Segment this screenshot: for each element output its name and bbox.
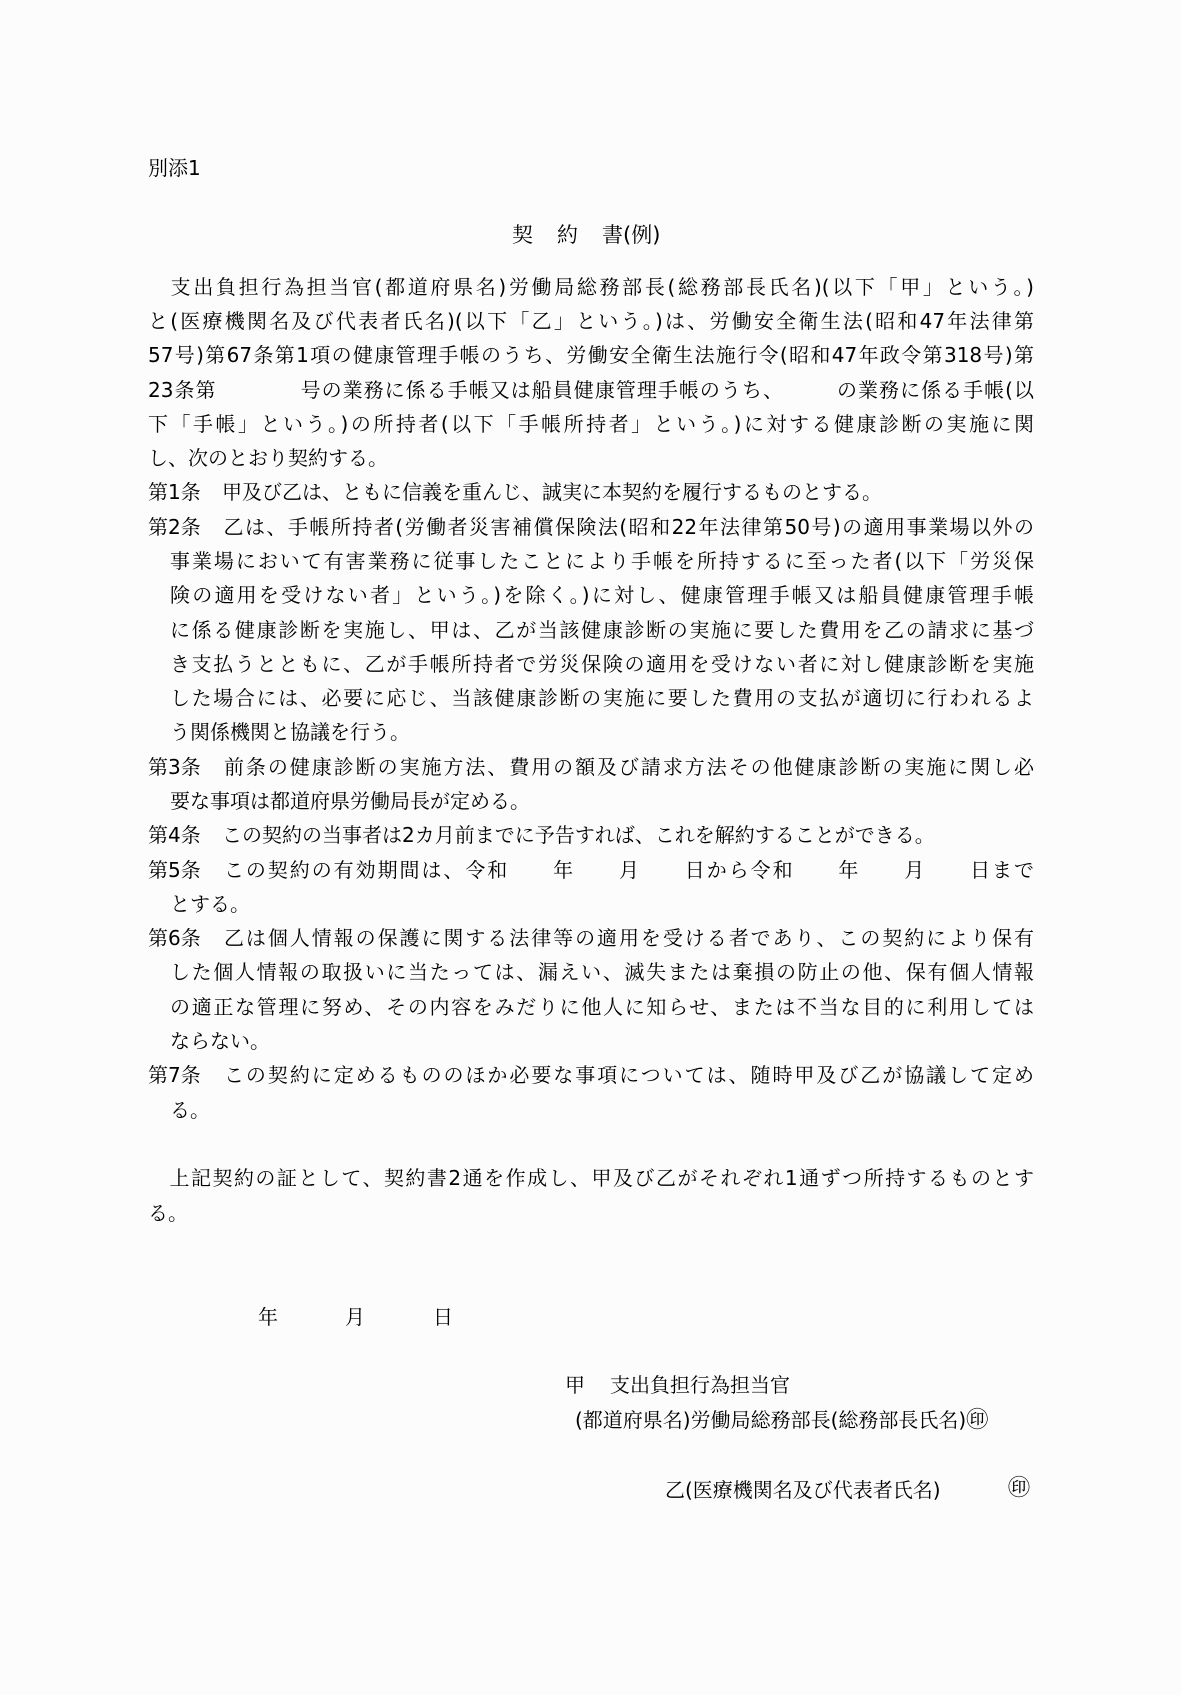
article-line: ならない。 [170,1028,1034,1054]
article-4: 第4条この契約の当事者は2カ月前までに予告すれば、これを解約することができる。 [148,822,1034,848]
article-5: 第5条この契約の有効期間は、令和 年 月 日から令和 年 月 日まで [148,857,1034,883]
party-a-name-line: (都道府県名)労働局総務部長(総務部長氏名)㊞ [575,1407,988,1434]
contract-document: 別添1 契約書(例) 支出負担行為担当官(都道府県名)労働局総務部長(総務部長氏… [0,0,1181,1695]
article-text: この契約の当事者は2カ月前までに予告すれば、これを解約することができる。 [222,823,935,847]
party-a-name: (都道府県名)労働局総務部長(総務部長氏名) [575,1408,966,1432]
document-title: 契約書(例) [512,221,660,249]
article-line: した個人情報の取扱いに当たっては、漏えい、滅失または棄損の防止の他、保有個人情報 [170,959,1034,985]
article-line: 険の適用を受けない者」という。)を除く。)に対し、健康管理手帳又は船員健康管理手… [170,582,1034,608]
article-text: この契約に定めるもののほか必要な事項については、随時甲及び乙が協議して定め [222,1063,1034,1087]
article-text: 乙は個人情報の保護に関する法律等の適用を受ける者であり、この契約により保有 [222,926,1034,950]
article-7: 第7条この契約に定めるもののほか必要な事項については、随時甲及び乙が協議して定め [148,1062,1034,1088]
article-6: 第6条乙は個人情報の保護に関する法律等の適用を受ける者であり、この契約により保有 [148,925,1034,951]
article-line: 要な事項は都道府県労働局長が定める。 [170,788,1034,814]
article-line: き支払うとともに、乙が手帳所持者で労災保険の適用を受けない者に対し健康診断を実施 [170,651,1034,677]
article-2: 第2条乙は、手帳所持者(労働者災害補償保険法(昭和22年法律第50号)の適用事業… [148,514,1034,540]
seal-icon: ㊞ [966,1408,988,1434]
article-label: 第4条 [148,822,222,848]
title-char-1: 契 [512,221,533,249]
article-text: 乙は、手帳所持者(労働者災害補償保険法(昭和22年法律第50号)の適用事業場以外… [222,515,1034,539]
article-text: この契約の有効期間は、令和 年 月 日から令和 年 月 日まで [222,858,1034,882]
article-line: に係る健康診断を実施し、甲は、乙が当該健康診断の実施に要した費用を乙の請求に基づ [170,617,1034,643]
article-1: 第1条甲及び乙は、ともに信義を重んじ、誠実に本契約を履行するものとする。 [148,479,1034,505]
article-label: 第7条 [148,1062,222,1088]
article-label: 第2条 [148,514,222,540]
article-label: 第6条 [148,925,222,951]
article-text: 前条の健康診断の実施方法、費用の額及び請求方法その他健康診断の実施に関し必 [222,755,1034,779]
preamble-line: 支出負担行為担当官(都道府県名)労働局総務部長(総務部長氏名)(以下「甲」という… [148,274,1034,300]
article-line: う関係機関と協議を行う。 [170,719,1034,745]
party-b: 乙(医療機関名及び代表者氏名) [665,1477,941,1503]
preamble-line: 下「手帳」という。)の所持者(以下「手帳所持者」という。)に対する健康診断の実施… [148,411,1034,437]
article-line: る。 [170,1097,1034,1123]
article-3: 第3条前条の健康診断の実施方法、費用の額及び請求方法その他健康診断の実施に関し必 [148,754,1034,780]
party-a-title: 支出負担行為担当官 [610,1372,790,1398]
date-day: 日 [433,1304,453,1330]
annex-label: 別添1 [148,155,201,181]
party-a-label: 甲 [565,1372,585,1398]
article-text: 甲及び乙は、ともに信義を重んじ、誠実に本契約を履行するものとする。 [222,480,882,504]
seal-icon: ㊞ [1008,1476,1030,1502]
date-year: 年 [258,1304,278,1330]
article-line: 事業場において有害業務に従事したことにより手帳を所持するに至った者(以下「労災保 [170,548,1034,574]
preamble-line: 23条第 号の業務に係る手帳又は船員健康管理手帳のうち、 の業務に係る手帳(以 [148,377,1034,403]
title-char-3: 書(例) [602,221,660,249]
article-label: 第3条 [148,754,222,780]
closing-line: る。 [148,1200,1034,1226]
preamble-line: し、次のとおり契約する。 [148,445,1034,471]
article-label: 第5条 [148,857,222,883]
article-label: 第1条 [148,479,222,505]
article-line: した場合には、必要に応じ、当該健康診断の実施に要した費用の支払が適切に行われるよ [170,685,1034,711]
article-line: とする。 [170,891,1034,917]
preamble-line: と(医療機関名及び代表者氏名)(以下「乙」という。)は、労働安全衛生法(昭和47… [148,308,1034,334]
date-month: 月 [345,1304,365,1330]
title-char-2: 約 [557,221,578,249]
preamble-line: 57号)第67条第1項の健康管理手帳のうち、労働安全衛生法施行令(昭和47年政令… [148,342,1034,368]
article-line: の適正な管理に努め、その内容をみだりに他人に知らせ、または不当な目的に利用しては [170,994,1034,1020]
closing-line: 上記契約の証として、契約書2通を作成し、甲及び乙がそれぞれ1通ずつ所持するものと… [148,1165,1034,1191]
